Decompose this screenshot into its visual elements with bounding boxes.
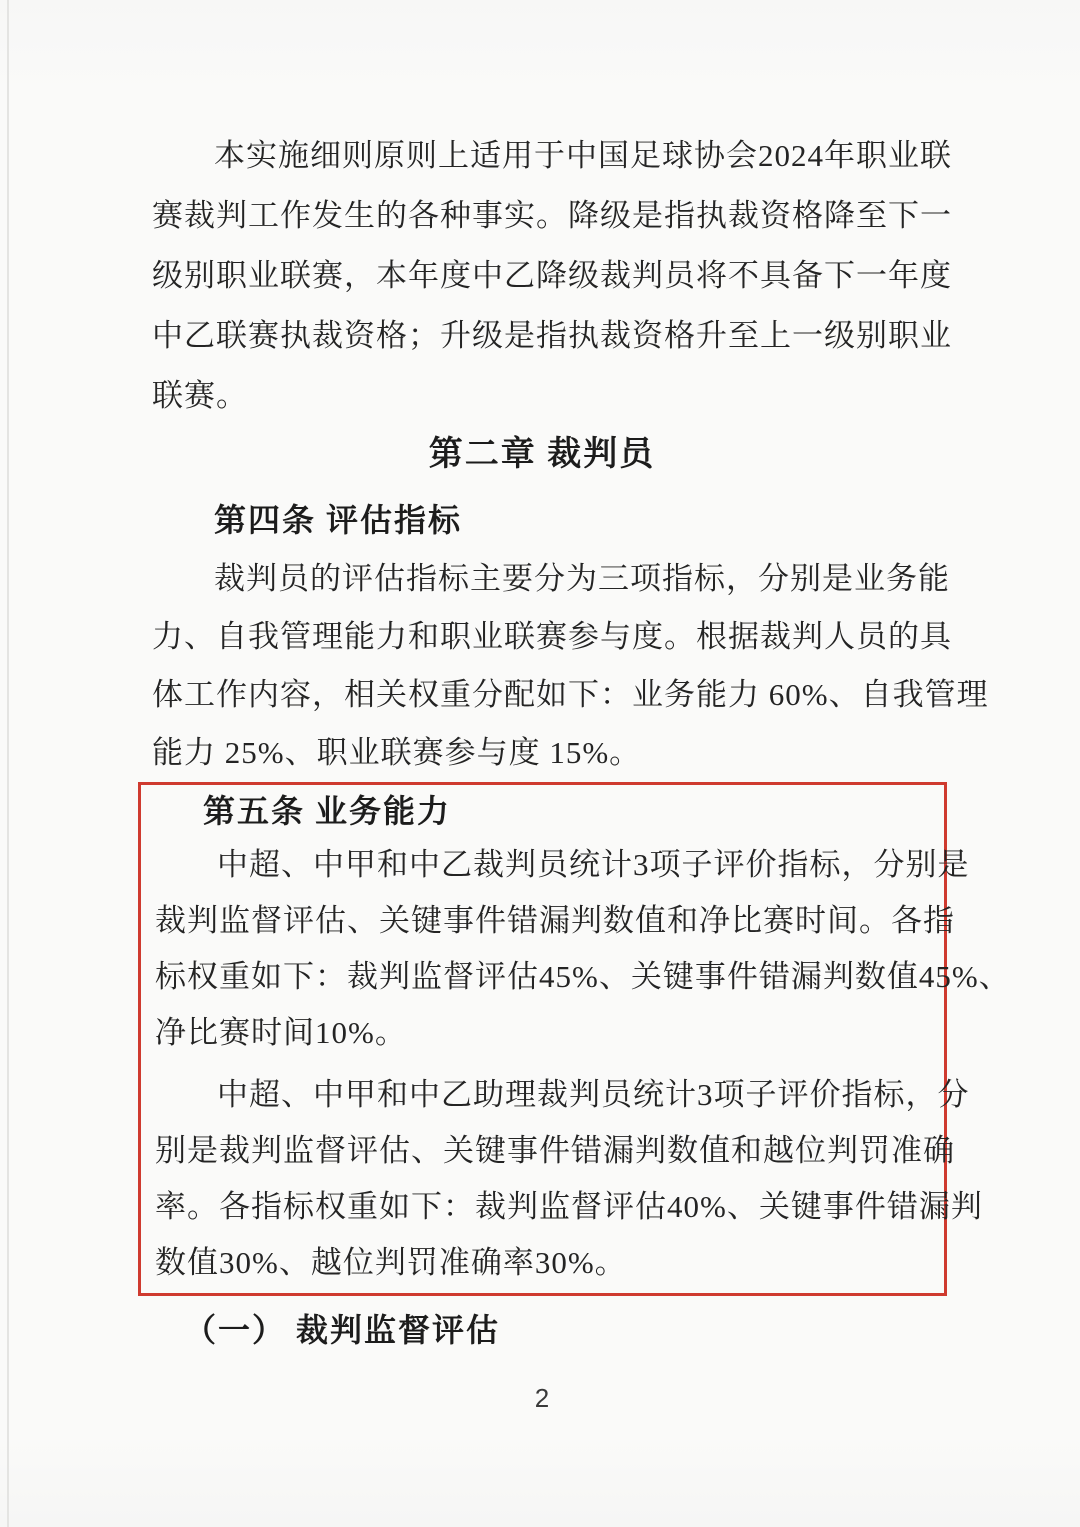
document-content: 本实施细则原则上适用于中国足球协会2024年职业联 赛裁判工作发生的各种事实。降… [0, 0, 1080, 1422]
paragraph-line: 本实施细则原则上适用于中国足球协会2024年职业联 [152, 126, 932, 186]
paragraph-line: 裁判监督评估、关键事件错漏判数值和净比赛时间。各指 [155, 893, 930, 949]
paragraph-line: 级别职业联赛，本年度中乙降级裁判员将不具备下一年度 [152, 246, 932, 306]
paragraph-line: 力、自我管理能力和职业联赛参与度。根据裁判人员的具 [152, 608, 932, 666]
paragraph-line: 率。各指标权重如下：裁判监督评估40%、关键事件错漏判 [155, 1179, 930, 1235]
chapter-2-heading: 第二章 裁判员 [152, 428, 932, 482]
paragraph-evaluation-indicators: 裁判员的评估指标主要分为三项指标，分别是业务能 力、自我管理能力和职业联赛参与度… [152, 550, 932, 782]
paragraph-line: 数值30%、越位判罚准确率30%。 [155, 1235, 930, 1291]
article-5-heading: 第五条 业务能力 [155, 785, 930, 837]
paragraph-line: 中超、中甲和中乙助理裁判员统计3项子评价指标，分 [155, 1067, 930, 1123]
paragraph-line: 体工作内容，相关权重分配如下：业务能力 60%、自我管理 [152, 666, 932, 724]
paragraph-line: 能力 25%、职业联赛参与度 15%。 [152, 724, 932, 782]
red-highlight-box: 第五条 业务能力 中超、中甲和中乙裁判员统计3项子评价指标，分别是 裁判监督评估… [138, 782, 947, 1296]
paragraph-line: 中超、中甲和中乙裁判员统计3项子评价指标，分别是 [155, 837, 930, 893]
paragraph-line: 裁判员的评估指标主要分为三项指标，分别是业务能 [152, 550, 932, 608]
paragraph-assistant-referee-indicators: 中超、中甲和中乙助理裁判员统计3项子评价指标，分 别是裁判监督评估、关键事件错漏… [155, 1067, 930, 1291]
paragraph-line: 联赛。 [152, 366, 932, 426]
page-number: 2 [152, 1374, 932, 1422]
scanned-document-page: 本实施细则原则上适用于中国足球协会2024年职业联 赛裁判工作发生的各种事实。降… [0, 0, 1080, 1527]
paragraph-line: 净比赛时间10%。 [155, 1005, 930, 1061]
paragraph-line: 赛裁判工作发生的各种事实。降级是指执裁资格降至下一 [152, 186, 932, 246]
subsection-1-heading: （一） 裁判监督评估 [152, 1300, 932, 1360]
paragraph-scope-intro: 本实施细则原则上适用于中国足球协会2024年职业联 赛裁判工作发生的各种事实。降… [152, 126, 932, 426]
paragraph-line: 标权重如下：裁判监督评估45%、关键事件错漏判数值45%、 [155, 949, 930, 1005]
paragraph-line: 别是裁判监督评估、关键事件错漏判数值和越位判罚准确 [155, 1123, 930, 1179]
paragraph-line: 中乙联赛执裁资格；升级是指执裁资格升至上一级别职业 [152, 306, 932, 366]
paragraph-referee-indicators: 中超、中甲和中乙裁判员统计3项子评价指标，分别是 裁判监督评估、关键事件错漏判数… [155, 837, 930, 1061]
article-4-heading: 第四条 评估指标 [152, 490, 932, 550]
